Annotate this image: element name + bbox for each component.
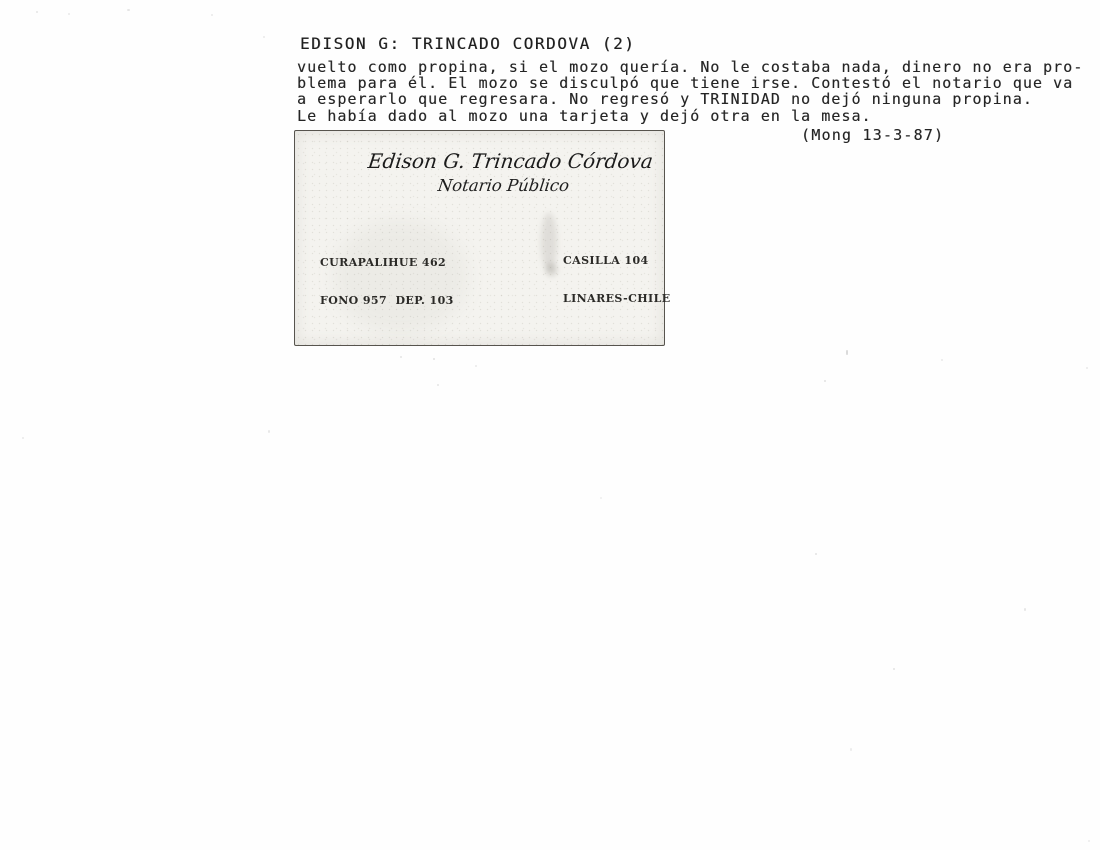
scanned-document-page: EDISON G: TRINCADO CORDOVA (2) vuelto co… (0, 0, 1100, 850)
scan-speck (1024, 608, 1026, 611)
scan-speck (22, 437, 24, 439)
paragraph-line: vuelto como propina, si el mozo quería. … (297, 59, 1083, 75)
typewritten-paragraph: vuelto como propina, si el mozo quería. … (297, 59, 1083, 124)
paragraph-line: a esperarlo que regresara. No regresó y … (297, 91, 1083, 107)
card-phone-line: FONO 957 DEP. 103 (320, 295, 454, 308)
scan-smudge (546, 263, 557, 276)
document-heading: EDISON G: TRINCADO CORDOVA (2) (300, 34, 635, 53)
card-address-right: CASILLA 104 LINARES-CHILE (563, 230, 671, 330)
scan-speck (36, 11, 38, 13)
scan-speck (815, 553, 817, 555)
scan-speck (263, 36, 265, 38)
paragraph-line: Le había dado al mozo una tarjeta y dejó… (297, 108, 1083, 124)
scan-speck (433, 358, 435, 360)
business-card: Edison G. Trincado Córdova Notario Públi… (294, 130, 665, 346)
scan-speck (400, 356, 402, 358)
scan-speck (941, 359, 943, 361)
card-street-line: CURAPALIHUE 462 (320, 257, 454, 270)
scan-speck (850, 748, 852, 751)
card-address-left: CURAPALIHUE 462 FONO 957 DEP. 103 (320, 232, 454, 332)
card-casilla-line: CASILLA 104 (563, 255, 671, 268)
scan-speck (437, 384, 439, 386)
scan-speck (824, 380, 826, 382)
scan-speck (68, 13, 70, 15)
scan-smudge (541, 213, 557, 271)
scan-speck (1086, 367, 1088, 369)
scan-speck (600, 497, 602, 499)
card-holder-title: Notario Público (364, 176, 643, 195)
card-holder-name: Edison G. Trincado Córdova (364, 149, 658, 173)
source-citation: (Mong 13-3-87) (801, 126, 944, 144)
scan-speck (846, 350, 848, 355)
scan-speck (893, 668, 895, 670)
scan-speck (1088, 840, 1090, 842)
scan-speck (211, 14, 213, 16)
paragraph-line: blema para él. El mozo se disculpó que t… (297, 75, 1083, 91)
card-city-line: LINARES-CHILE (563, 293, 671, 306)
scan-speck (475, 365, 477, 367)
scan-speck (268, 430, 270, 433)
scan-speck (127, 9, 130, 11)
